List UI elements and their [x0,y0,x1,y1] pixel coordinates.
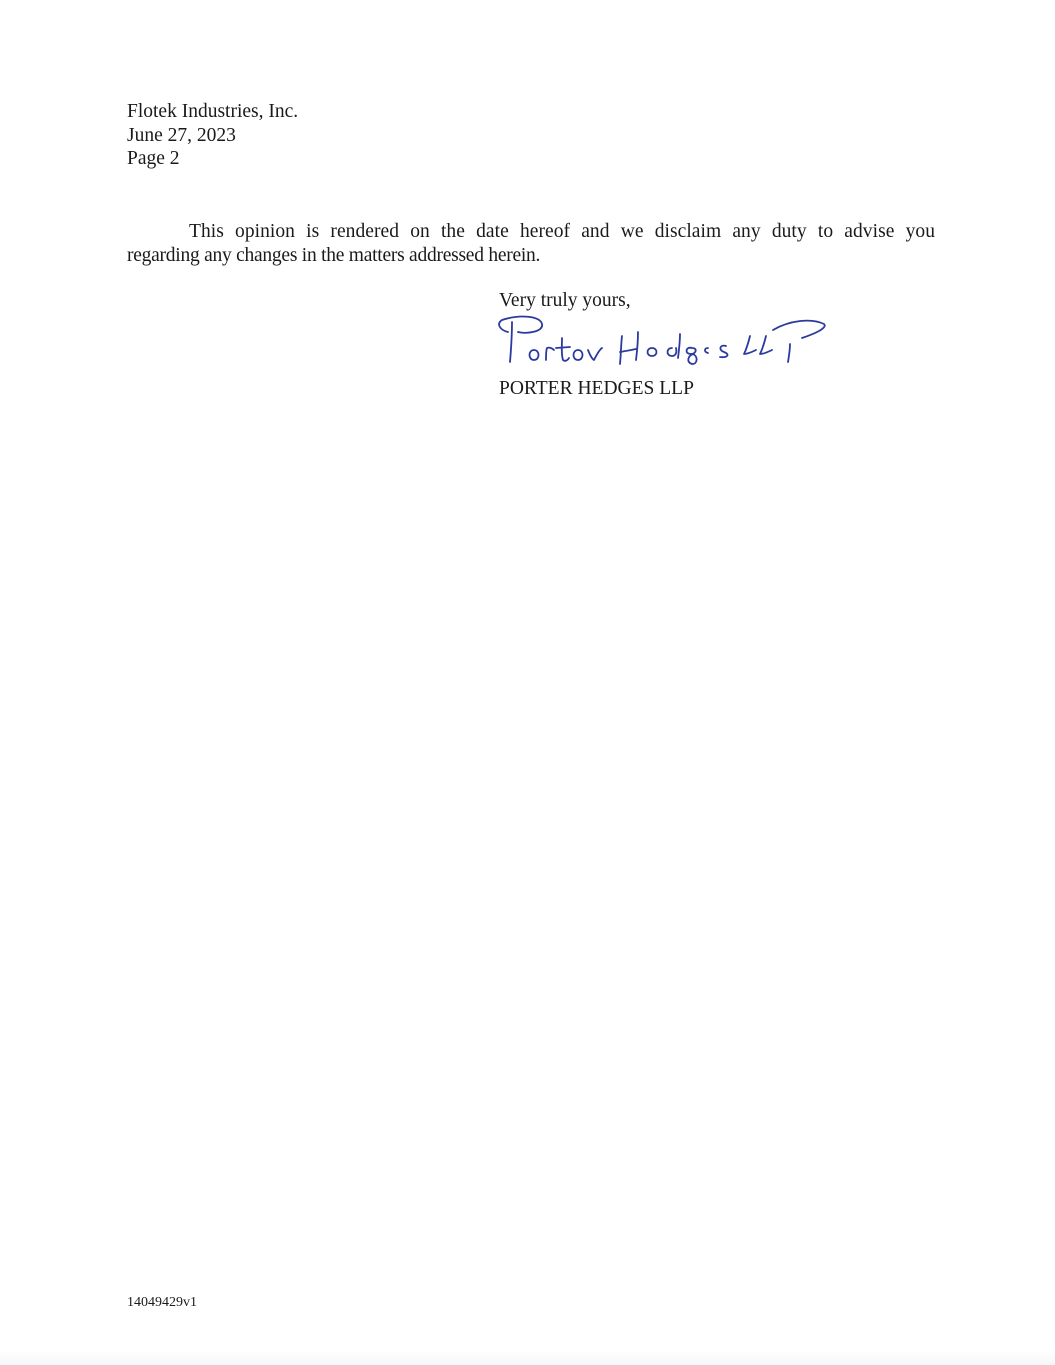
paragraph-line-2: regarding any changes in the matters add… [127,244,935,268]
document-page: Flotek Industries, Inc. June 27, 2023 Pa… [0,0,1055,1365]
handwritten-signature-icon [490,310,835,372]
letter-date: June 27, 2023 [127,124,298,148]
opinion-paragraph: This opinion is rendered on the date her… [127,220,935,267]
firm-name: PORTER HEDGES LLP [499,377,694,401]
page-number: Page 2 [127,147,298,171]
letter-header: Flotek Industries, Inc. June 27, 2023 Pa… [127,100,298,171]
addressee: Flotek Industries, Inc. [127,100,298,124]
scan-edge-artifact [0,1351,1055,1365]
closing-salutation: Very truly yours, [499,289,631,313]
document-id: 14049429v1 [127,1294,197,1312]
paragraph-line-1: This opinion is rendered on the date her… [127,220,935,244]
